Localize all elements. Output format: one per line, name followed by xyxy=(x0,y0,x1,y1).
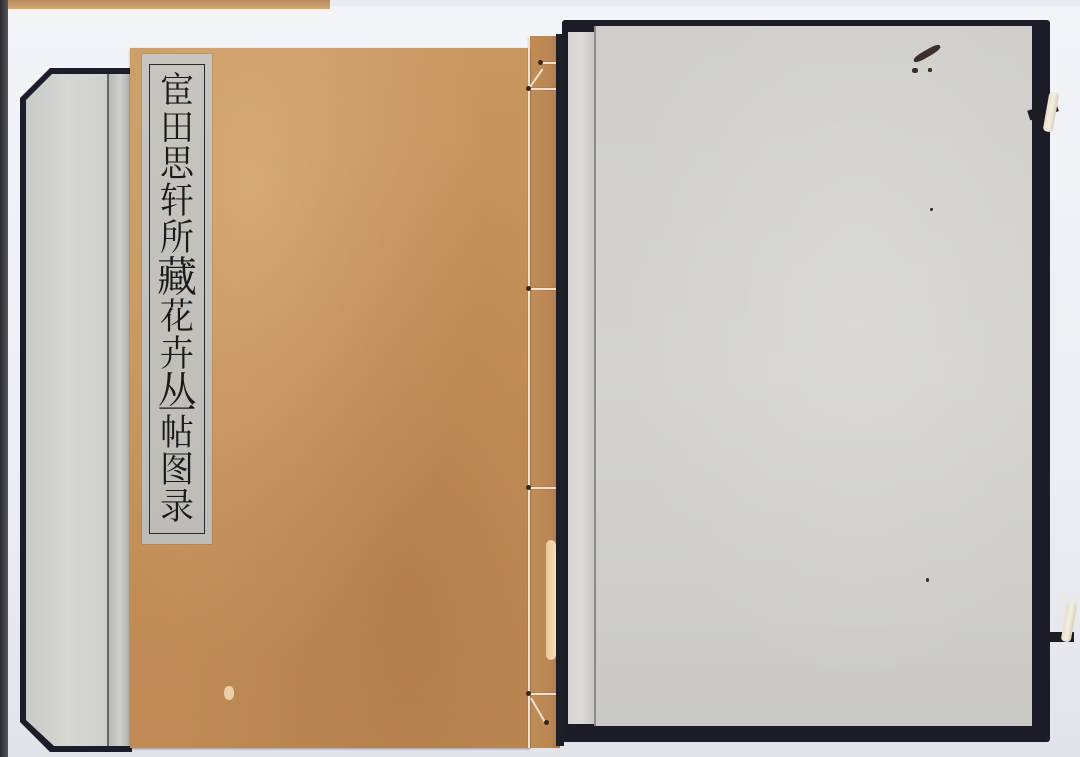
case-right-lining-board xyxy=(596,26,1032,726)
title-char: 图 xyxy=(160,452,194,488)
title-slip: 宦 田 思 轩 所 藏 花 卉 丛 帖 图 录 xyxy=(142,54,212,544)
title-char: 思 xyxy=(160,147,194,183)
spine-pale-patch xyxy=(546,540,556,660)
binding-stitch-2 xyxy=(528,288,556,290)
case-left-fold-line xyxy=(107,74,109,746)
binding-hole xyxy=(526,286,531,291)
cover-stain xyxy=(224,686,234,700)
case-right-fold-line xyxy=(594,26,596,726)
title-char: 藏 xyxy=(157,257,197,299)
lining-speck xyxy=(912,68,918,73)
case-left-spine-panel xyxy=(109,74,131,746)
binding-hole xyxy=(544,720,549,725)
title-char: 丛 xyxy=(157,373,197,415)
title-char: 帖 xyxy=(160,416,194,452)
binding-hole xyxy=(526,86,531,91)
binding-stitch-4 xyxy=(528,693,556,695)
book-spine-shadow xyxy=(556,34,564,746)
case-right-inner-flap xyxy=(568,32,596,724)
title-char: 田 xyxy=(160,110,194,146)
binding-hole xyxy=(526,485,531,490)
title-char: 轩 xyxy=(160,183,194,219)
wood-edge xyxy=(0,0,330,9)
binding-stitch-1 xyxy=(528,88,556,90)
binding-stitch-3 xyxy=(528,487,556,489)
title-char: 卉 xyxy=(160,336,194,372)
title-char: 花 xyxy=(160,299,194,335)
binding-hole xyxy=(526,691,531,696)
binding-thread-vertical xyxy=(528,38,530,748)
binding-hole xyxy=(538,60,543,65)
title-char: 所 xyxy=(160,220,194,256)
lining-speck xyxy=(926,578,929,582)
lining-speck xyxy=(930,208,933,211)
title-char: 录 xyxy=(160,489,194,525)
lining-speck xyxy=(928,68,932,72)
title-char: 宦 xyxy=(160,73,194,109)
left-edge-shadow xyxy=(0,0,8,757)
book-title: 宦 田 思 轩 所 藏 花 卉 丛 帖 图 录 xyxy=(142,74,212,524)
